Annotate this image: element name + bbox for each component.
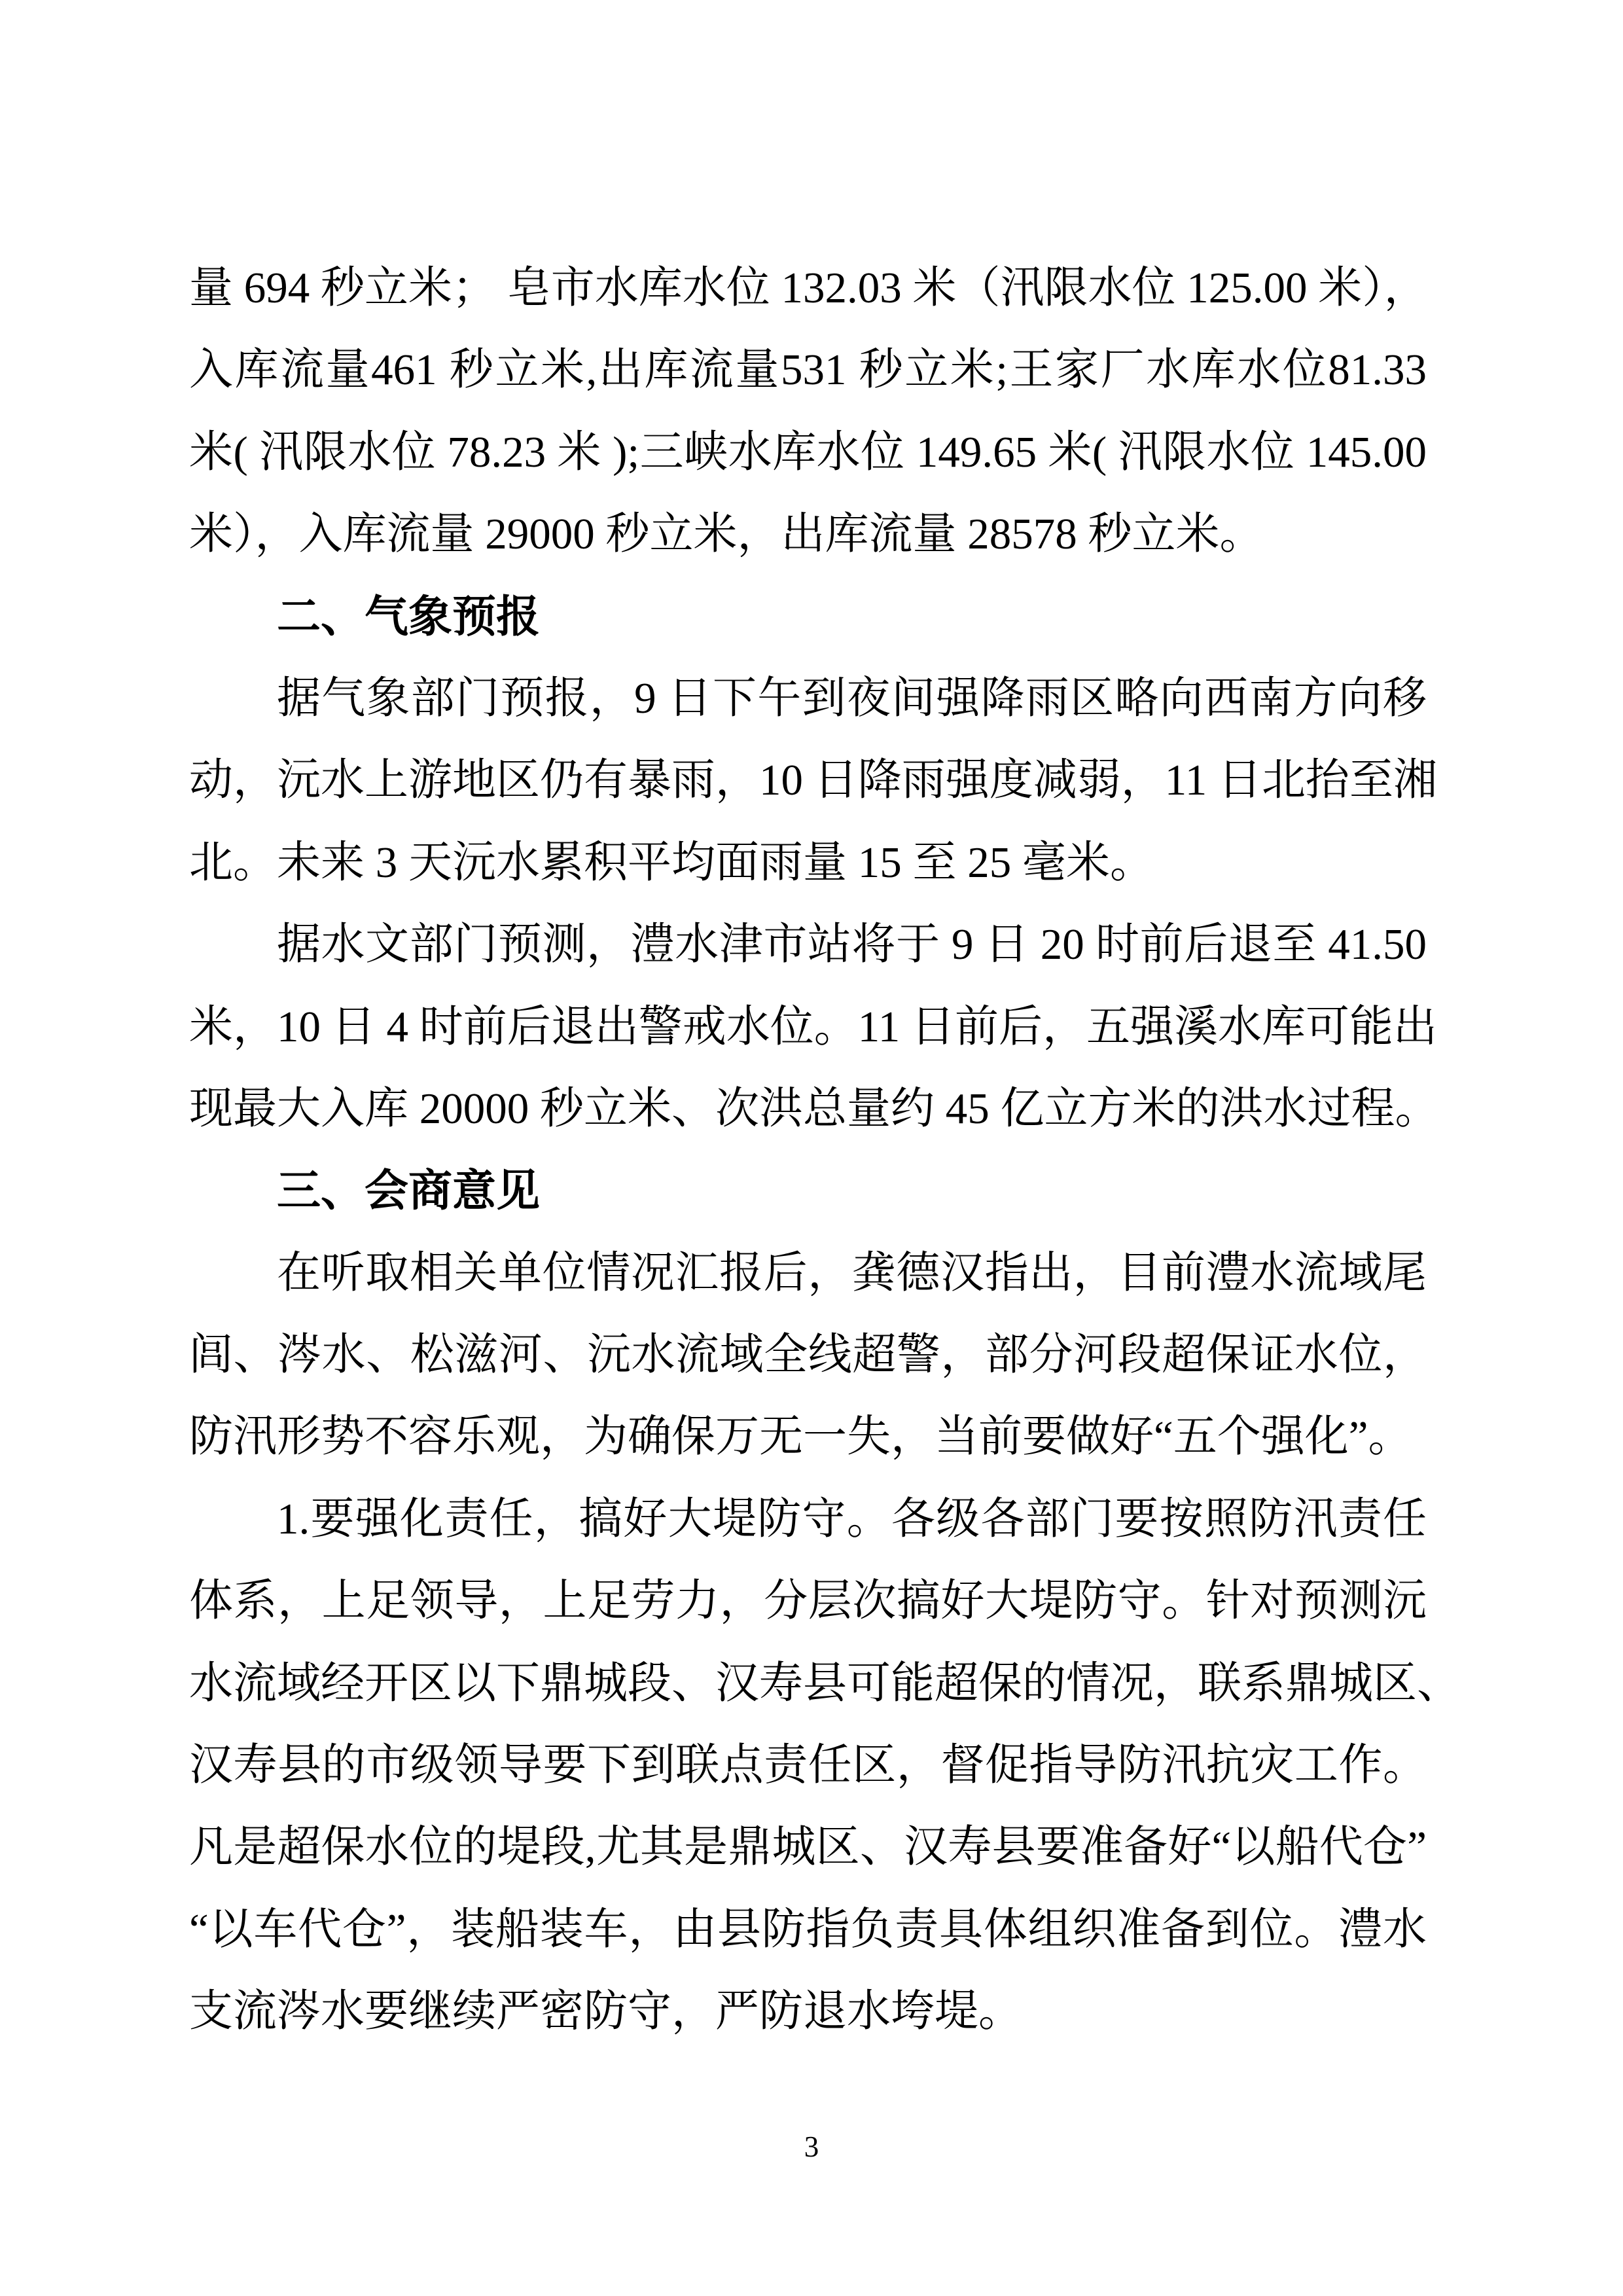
text-line: 体系，上足领导，上足劳力，分层次搞好大堤防守。针对预测沅: [189, 1560, 1427, 1642]
section-heading: 二、气象预报: [189, 576, 1427, 658]
text-line: 米，10 日 4 时前后退出警戒水位。11 日前后，五强溪水库可能出: [189, 986, 1427, 1068]
text-line: “以车代仓”，装船装车，由县防指负责具体组织准备到位。澧水: [189, 1889, 1427, 1971]
text-line: 汉寿县的市级领导要下到联点责任区，督促指导防汛抗灾工作。: [189, 1725, 1427, 1806]
text-line: 量 694 秒立米； 皂市水库水位 132.03 米（汛限水位 125.00 米…: [189, 247, 1427, 329]
text-line: 水流域经开区以下鼎城段、汉寿县可能超保的情况，联系鼎城区、: [189, 1643, 1427, 1725]
text-line: 现最大入库 20000 秒立米、次洪总量约 45 亿立方米的洪水过程。: [189, 1068, 1427, 1150]
text-line: 据气象部门预报，9 日下午到夜间强降雨区略向西南方向移: [189, 658, 1427, 740]
text-line: 1.要强化责任，搞好大堤防守。各级各部门要按照防汛责任: [189, 1479, 1427, 1560]
page-number: 3: [0, 2127, 1623, 2166]
text-line: 动，沅水上游地区仍有暴雨，10 日降雨强度减弱，11 日北抬至湘: [189, 740, 1427, 821]
text-line: 支流涔水要继续严密防守，严防退水垮堤。: [189, 1971, 1427, 2053]
text-line: 北。未来 3 天沅水累积平均面雨量 15 至 25 毫米。: [189, 822, 1427, 904]
text-line: 凡是超保水位的堤段,尤其是鼎城区、汉寿县要准备好“以船代仓”: [189, 1806, 1427, 1888]
text-line: 米( 汛限水位 78.23 米 );三峡水库水位 149.65 米( 汛限水位 …: [189, 412, 1427, 493]
document-page: 量 694 秒立米； 皂市水库水位 132.03 米（汛限水位 125.00 米…: [0, 0, 1623, 2296]
text-line: 闾、涔水、松滋河、沅水流域全线超警，部分河段超保证水位，: [189, 1314, 1427, 1396]
section-heading: 三、会商意见: [189, 1150, 1427, 1232]
text-line: 防汛形势不容乐观，为确保万无一失，当前要做好“五个强化”。: [189, 1396, 1427, 1478]
text-block: 量 694 秒立米； 皂市水库水位 132.03 米（汛限水位 125.00 米…: [189, 247, 1427, 2053]
text-line: 米），入库流量 29000 秒立米，出库流量 28578 秒立米。: [189, 493, 1427, 575]
text-line: 据水文部门预测，澧水津市站将于 9 日 20 时前后退至 41.50: [189, 904, 1427, 986]
text-line: 在听取相关单位情况汇报后，龚德汉指出，目前澧水流域尾: [189, 1232, 1427, 1314]
text-line: 入库流量461 秒立米,出库流量531 秒立米;王家厂水库水位81.33: [189, 329, 1427, 411]
